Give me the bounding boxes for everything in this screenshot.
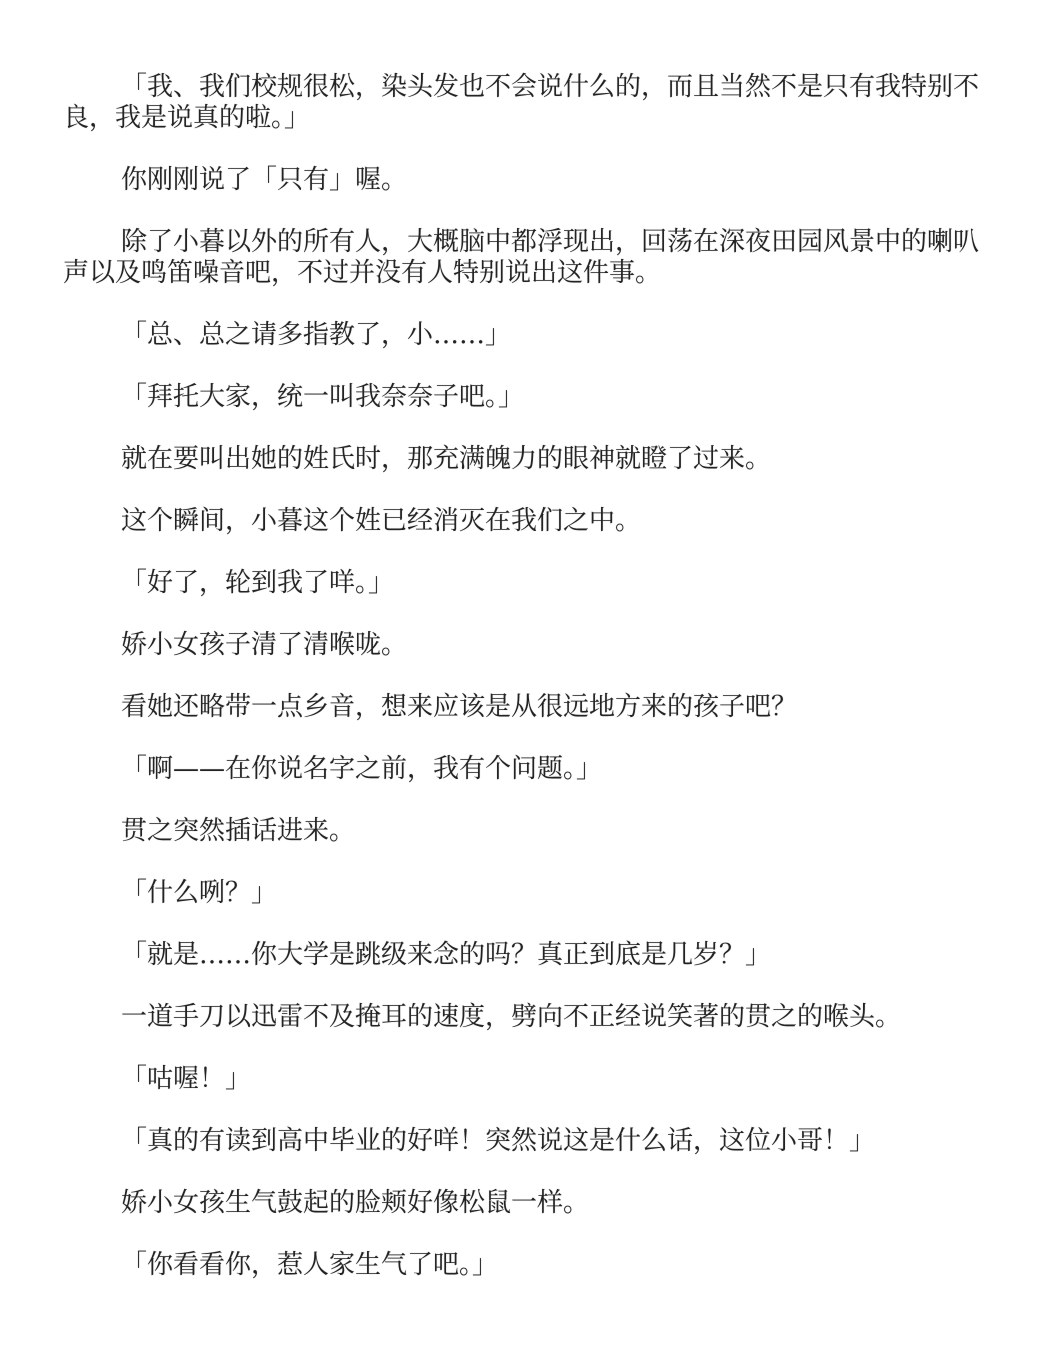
paragraph: 娇小女孩子清了清喉咙。 [63, 630, 982, 661]
paragraph: 「真的有读到高中毕业的好咩！突然说这是什么话，这位小哥！」 [63, 1126, 982, 1157]
paragraph: 「拜托大家，统一叫我奈奈子吧。」 [63, 382, 982, 413]
paragraph: 「总、总之请多指教了，小……」 [63, 320, 982, 351]
paragraph: 「我、我们校规很松，染头发也不会说什么的，而且当然不是只有我特别不良，我是说真的… [63, 72, 982, 134]
paragraph: 除了小暮以外的所有人，大概脑中都浮现出，回荡在深夜田园风景中的喇叭声以及鸣笛噪音… [63, 227, 982, 289]
paragraph: 你刚刚说了「只有」喔。 [63, 165, 982, 196]
novel-text-content: 「我、我们校规很松，染头发也不会说什么的，而且当然不是只有我特别不良，我是说真的… [63, 72, 982, 1312]
paragraph: 「咕喔！」 [63, 1064, 982, 1095]
paragraph: 「就是……你大学是跳级来念的吗？真正到底是几岁？」 [63, 940, 982, 971]
paragraph: 就在要叫出她的姓氏时，那充满魄力的眼神就瞪了过来。 [63, 444, 982, 475]
paragraph: 「你看看你，惹人家生气了吧。」 [63, 1250, 982, 1281]
paragraph: 娇小女孩生气鼓起的脸颊好像松鼠一样。 [63, 1188, 982, 1219]
paragraph: 「好了，轮到我了咩。」 [63, 568, 982, 599]
page: 「我、我们校规很松，染头发也不会说什么的，而且当然不是只有我特别不良，我是说真的… [0, 0, 1046, 1354]
paragraph: 「啊——在你说名字之前，我有个问题。」 [63, 754, 982, 785]
paragraph: 贯之突然插话进来。 [63, 816, 982, 847]
paragraph: 看她还略带一点乡音，想来应该是从很远地方来的孩子吧？ [63, 692, 982, 723]
paragraph: 一道手刀以迅雷不及掩耳的速度，劈向不正经说笑著的贯之的喉头。 [63, 1002, 982, 1033]
paragraph: 这个瞬间，小暮这个姓已经消灭在我们之中。 [63, 506, 982, 537]
paragraph: 「什么咧？」 [63, 878, 982, 909]
